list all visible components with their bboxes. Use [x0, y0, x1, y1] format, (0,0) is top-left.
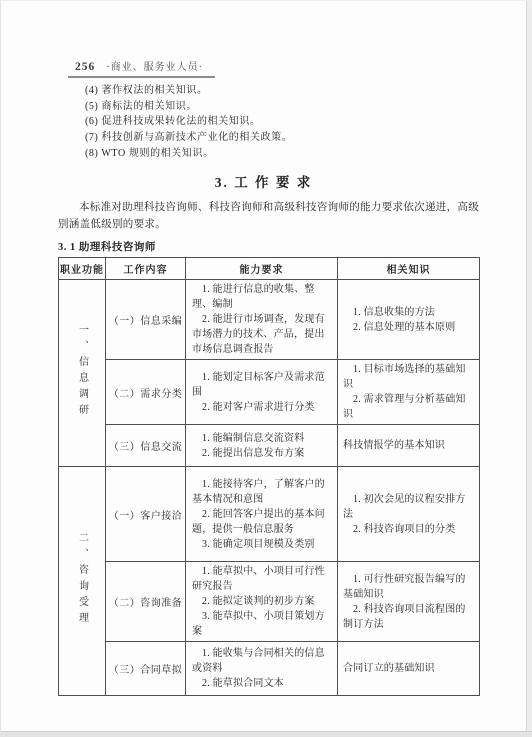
table-row: 二、咨询受理（一）客户接洽1. 能接待客户，了解客户的基本情况和意图2. 能回答…	[59, 467, 480, 562]
running-header-title: ·商业、服务业人员·	[106, 62, 203, 73]
list-item: (6) 促进科技成果转化法的相关知识。	[85, 114, 292, 130]
knowledge-cell: 1. 初次会见的议程安排方法2. 科技咨询项目的分类	[338, 467, 480, 562]
knowledge-list: (4) 著作权法的相关知识。(5) 商标法的相关知识。(6) 促进科技成果转化法…	[85, 83, 292, 162]
ability-cell: 1. 能接待客户，了解客户的基本情况和意图2. 能回答客户提出的基本问题，提供一…	[186, 467, 338, 562]
cell-item: 2. 能提出信息发布方案	[192, 446, 333, 461]
list-item: (5) 商标法的相关知识。	[85, 99, 292, 115]
function-cell: 二、咨询受理	[59, 467, 106, 696]
cell-item: 2. 科技咨询项目的分类	[343, 522, 475, 537]
cell-item: 2. 能回答客户提出的基本问题，提供一般信息服务	[192, 507, 333, 537]
work-content-cell: （一）客户接洽	[106, 467, 186, 562]
cell-item: 1. 能划定目标客户及需求范围	[192, 370, 333, 400]
knowledge-cell: 科技情报学的基本知识	[338, 425, 480, 467]
ability-cell: 1. 能进行信息的收集、整理、编制2. 能进行市场调查，发现有市场潜力的技术、产…	[186, 280, 338, 360]
work-content-cell: （二）需求分类	[106, 360, 186, 425]
ability-cell: 1. 能草拟中、小项目可行性研究报告2. 能拟定谈判的初步方案3. 能草拟中、小…	[186, 562, 338, 642]
ability-cell: 1. 能划定目标客户及需求范围2. 能对客户需求进行分类	[186, 360, 338, 425]
subsection-title: 3. 1 助理科技咨询师	[58, 239, 156, 254]
ability-cell: 1. 能收集与合同相关的信息或资料2. 能草拟合同文本	[186, 642, 338, 696]
header-rule	[68, 76, 215, 78]
knowledge-cell: 1. 目标市场选择的基础知识2. 需求管理与分析基础知识	[338, 360, 480, 425]
function-label: 二、咨询受理	[75, 532, 90, 628]
column-header-knowledge: 相关知识	[338, 258, 480, 280]
cell-item: 3. 能草拟中、小项目策划方案	[192, 609, 333, 639]
cell-item: 1. 能草拟中、小项目可行性研究报告	[192, 564, 333, 594]
intro-paragraph: 本标准对助理科技咨询师、科技咨询师和高级科技咨询师的能力要求依次递进，高级别涵盖…	[58, 200, 479, 233]
cell-item: 2. 需求管理与分析基础知识	[343, 392, 475, 422]
knowledge-cell: 1. 可行性研究报告编写的基础知识2. 科技咨询项目流程图的制订方法	[338, 562, 480, 642]
cell-item: 1. 信息收集的方法	[343, 305, 475, 320]
section-title: 3. 工 作 要 求	[1, 171, 526, 191]
column-header-content: 工作内容	[106, 258, 186, 280]
table-row: （二）需求分类1. 能划定目标客户及需求范围2. 能对客户需求进行分类1. 目标…	[59, 360, 480, 425]
cell-item: 1. 能收集与合同相关的信息或资料	[192, 646, 333, 676]
page-number: 256	[75, 61, 95, 73]
document-page: 256·商业、服务业人员· (4) 著作权法的相关知识。(5) 商标法的相关知识…	[0, 0, 532, 737]
cell-item: 1. 可行性研究报告编写的基础知识	[343, 572, 475, 602]
cell-item: 2. 科技咨询项目流程图的制订方法	[343, 602, 475, 632]
function-label: 一、信息调研	[75, 324, 90, 420]
work-content-cell: （二）咨询准备	[106, 562, 186, 642]
work-content-cell: （一）信息采编	[106, 280, 186, 360]
cell-item: 2. 能拟定谈判的初步方案	[192, 594, 333, 609]
cell-item: 3. 能确定项目规模及类别	[192, 537, 333, 552]
cell-item: 1. 能编制信息交流资料	[192, 431, 333, 446]
cell-item: 2. 能草拟合同文本	[192, 676, 333, 691]
table-header-row: 职业功能 工作内容 能力要求 相关知识	[59, 258, 480, 280]
list-item: (4) 著作权法的相关知识。	[85, 83, 292, 99]
cell-item: 2. 能进行市场调查，发现有市场潜力的技术、产品，提出市场信息调查报告	[192, 312, 333, 357]
requirements-table: 职业功能 工作内容 能力要求 相关知识 一、信息调研（一）信息采编1. 能进行信…	[58, 257, 480, 696]
cell-item: 1. 能进行信息的收集、整理、编制	[192, 282, 333, 312]
cell-item: 科技情报学的基本知识	[343, 438, 475, 453]
work-content-cell: （三）信息交流	[106, 425, 186, 467]
cell-item: 1. 目标市场选择的基础知识	[343, 362, 475, 392]
list-item: (8) WTO 规则的相关知识。	[85, 146, 292, 162]
column-header-function: 职业功能	[59, 258, 106, 280]
cell-item: 2. 能对客户需求进行分类	[192, 400, 333, 415]
cell-item: 合同订立的基础知识	[343, 661, 475, 676]
column-header-ability: 能力要求	[186, 258, 338, 280]
table-body: 一、信息调研（一）信息采编1. 能进行信息的收集、整理、编制2. 能进行市场调查…	[59, 280, 480, 696]
cell-item: 2. 信息处理的基本原则	[343, 320, 475, 335]
table-row: 一、信息调研（一）信息采编1. 能进行信息的收集、整理、编制2. 能进行市场调查…	[59, 280, 480, 360]
function-cell: 一、信息调研	[59, 280, 106, 467]
table-row: （三）合同草拟1. 能收集与合同相关的信息或资料2. 能草拟合同文本合同订立的基…	[59, 642, 480, 696]
knowledge-cell: 合同订立的基础知识	[338, 642, 480, 696]
right-gutter	[526, 1, 532, 737]
work-content-cell: （三）合同草拟	[106, 642, 186, 696]
cell-item: 1. 能接待客户，了解客户的基本情况和意图	[192, 477, 333, 507]
ability-cell: 1. 能编制信息交流资料2. 能提出信息发布方案	[186, 425, 338, 467]
knowledge-cell: 1. 信息收集的方法2. 信息处理的基本原则	[338, 280, 480, 360]
page-header: 256·商业、服务业人员·	[75, 57, 203, 75]
list-item: (7) 科技创新与高新技术产业化的相关政策。	[85, 130, 292, 146]
bottom-gutter	[1, 731, 532, 737]
cell-item: 1. 初次会见的议程安排方法	[343, 492, 475, 522]
table-row: （二）咨询准备1. 能草拟中、小项目可行性研究报告2. 能拟定谈判的初步方案3.…	[59, 562, 480, 642]
table-row: （三）信息交流1. 能编制信息交流资料2. 能提出信息发布方案科技情报学的基本知…	[59, 425, 480, 467]
